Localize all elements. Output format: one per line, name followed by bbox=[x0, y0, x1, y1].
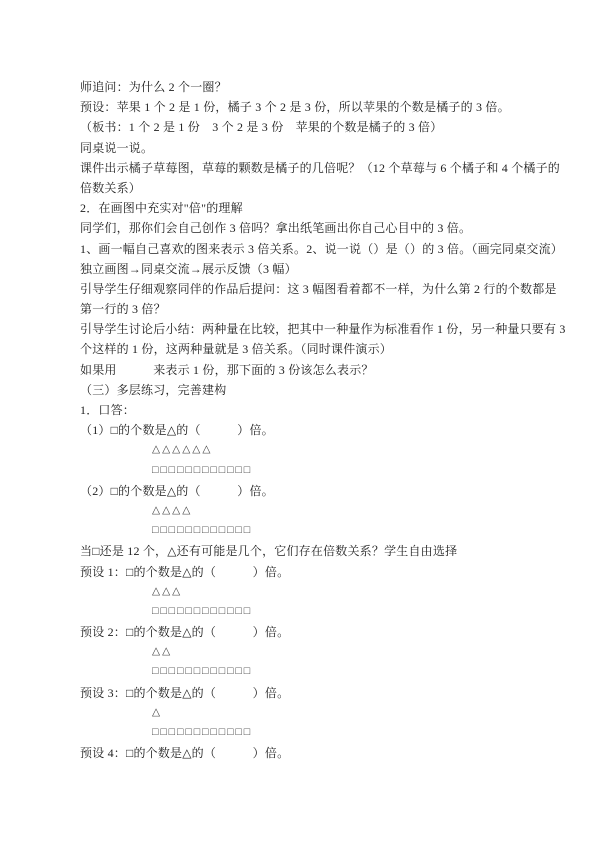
text-line: 同学们，那你们会自己创作 3 倍吗？拿出纸笔画出你自己心目中的 3 倍。 bbox=[80, 218, 528, 238]
shape-row: □□□□□□□□□□□□ bbox=[80, 602, 528, 622]
text-line: （1）□的个数是△的（ ）倍。 bbox=[80, 420, 528, 440]
text-line: 第一行的 3 倍？ bbox=[80, 299, 528, 319]
text-line: 倍数关系） bbox=[80, 178, 528, 198]
text-line: 2．在画图中充实对"倍"的理解 bbox=[80, 198, 528, 218]
shape-row: △△ bbox=[80, 642, 528, 662]
shape-row: △△△△ bbox=[80, 501, 528, 521]
text-line: 独立画图→同桌交流→展示反馈（3 幅） bbox=[80, 259, 528, 279]
text-line: 引导学生仔细观察同伴的作品后提问：这 3 幅图看着都不一样，为什么第 2 行的个… bbox=[80, 279, 528, 299]
shape-row: □□□□□□□□□□□□ bbox=[80, 662, 528, 682]
shape-row: □□□□□□□□□□□□ bbox=[80, 723, 528, 743]
lesson-plan-document-page: 师追问：为什么 2 个一圈？预设：苹果 1 个 2 是 1 份，橘子 3 个 2… bbox=[0, 0, 595, 842]
text-line: （三）多层练习，完善建构 bbox=[80, 380, 528, 400]
text-line: 预设 1：□的个数是△的（ ）倍。 bbox=[80, 562, 528, 582]
text-line: 个这样的 1 份，这两种量就是 3 倍关系。（同时课件演示） bbox=[80, 339, 528, 359]
text-line: 预设 2：□的个数是△的（ ）倍。 bbox=[80, 622, 528, 642]
text-line: 如果用 来表示 1 份，那下面的 3 份该怎么表示？ bbox=[80, 360, 528, 380]
shape-row: △△△△△△ bbox=[80, 440, 528, 460]
text-line: 1、画一幅自己喜欢的图来表示 3 倍关系。2、说一说（）是（）的 3 倍。（画完… bbox=[80, 239, 528, 259]
shape-row: □□□□□□□□□□□□ bbox=[80, 521, 528, 541]
shape-row: △△△ bbox=[80, 582, 528, 602]
text-line: 师追问：为什么 2 个一圈？ bbox=[80, 77, 528, 97]
text-line: 预设 3：□的个数是△的（ ）倍。 bbox=[80, 683, 528, 703]
text-line: 引导学生讨论后小结：两种量在比较，把其中一种量作为标准看作 1 份，另一种量只要… bbox=[80, 319, 528, 339]
document-body: 师追问：为什么 2 个一圈？预设：苹果 1 个 2 是 1 份，橘子 3 个 2… bbox=[80, 77, 528, 763]
text-line: 1．口答： bbox=[80, 400, 528, 420]
shape-row: △ bbox=[80, 703, 528, 723]
text-line: 预设 4：□的个数是△的（ ）倍。 bbox=[80, 743, 528, 763]
text-line: 同桌说一说。 bbox=[80, 138, 528, 158]
text-line: （2）□的个数是△的（ ）倍。 bbox=[80, 481, 528, 501]
text-line: （板书：1 个 2 是 1 份 3 个 2 是 3 份 苹果的个数是橘子的 3 … bbox=[80, 117, 528, 137]
text-line: 预设：苹果 1 个 2 是 1 份，橘子 3 个 2 是 3 份，所以苹果的个数… bbox=[80, 97, 528, 117]
shape-row: □□□□□□□□□□□□ bbox=[80, 461, 528, 481]
text-line: 当□还是 12 个，△还有可能是几个，它们存在倍数关系？学生自由选择 bbox=[80, 541, 528, 561]
text-line: 课件出示橘子草莓图，草莓的颗数是橘子的几倍呢？（12 个草莓与 6 个橘子和 4… bbox=[80, 158, 528, 178]
